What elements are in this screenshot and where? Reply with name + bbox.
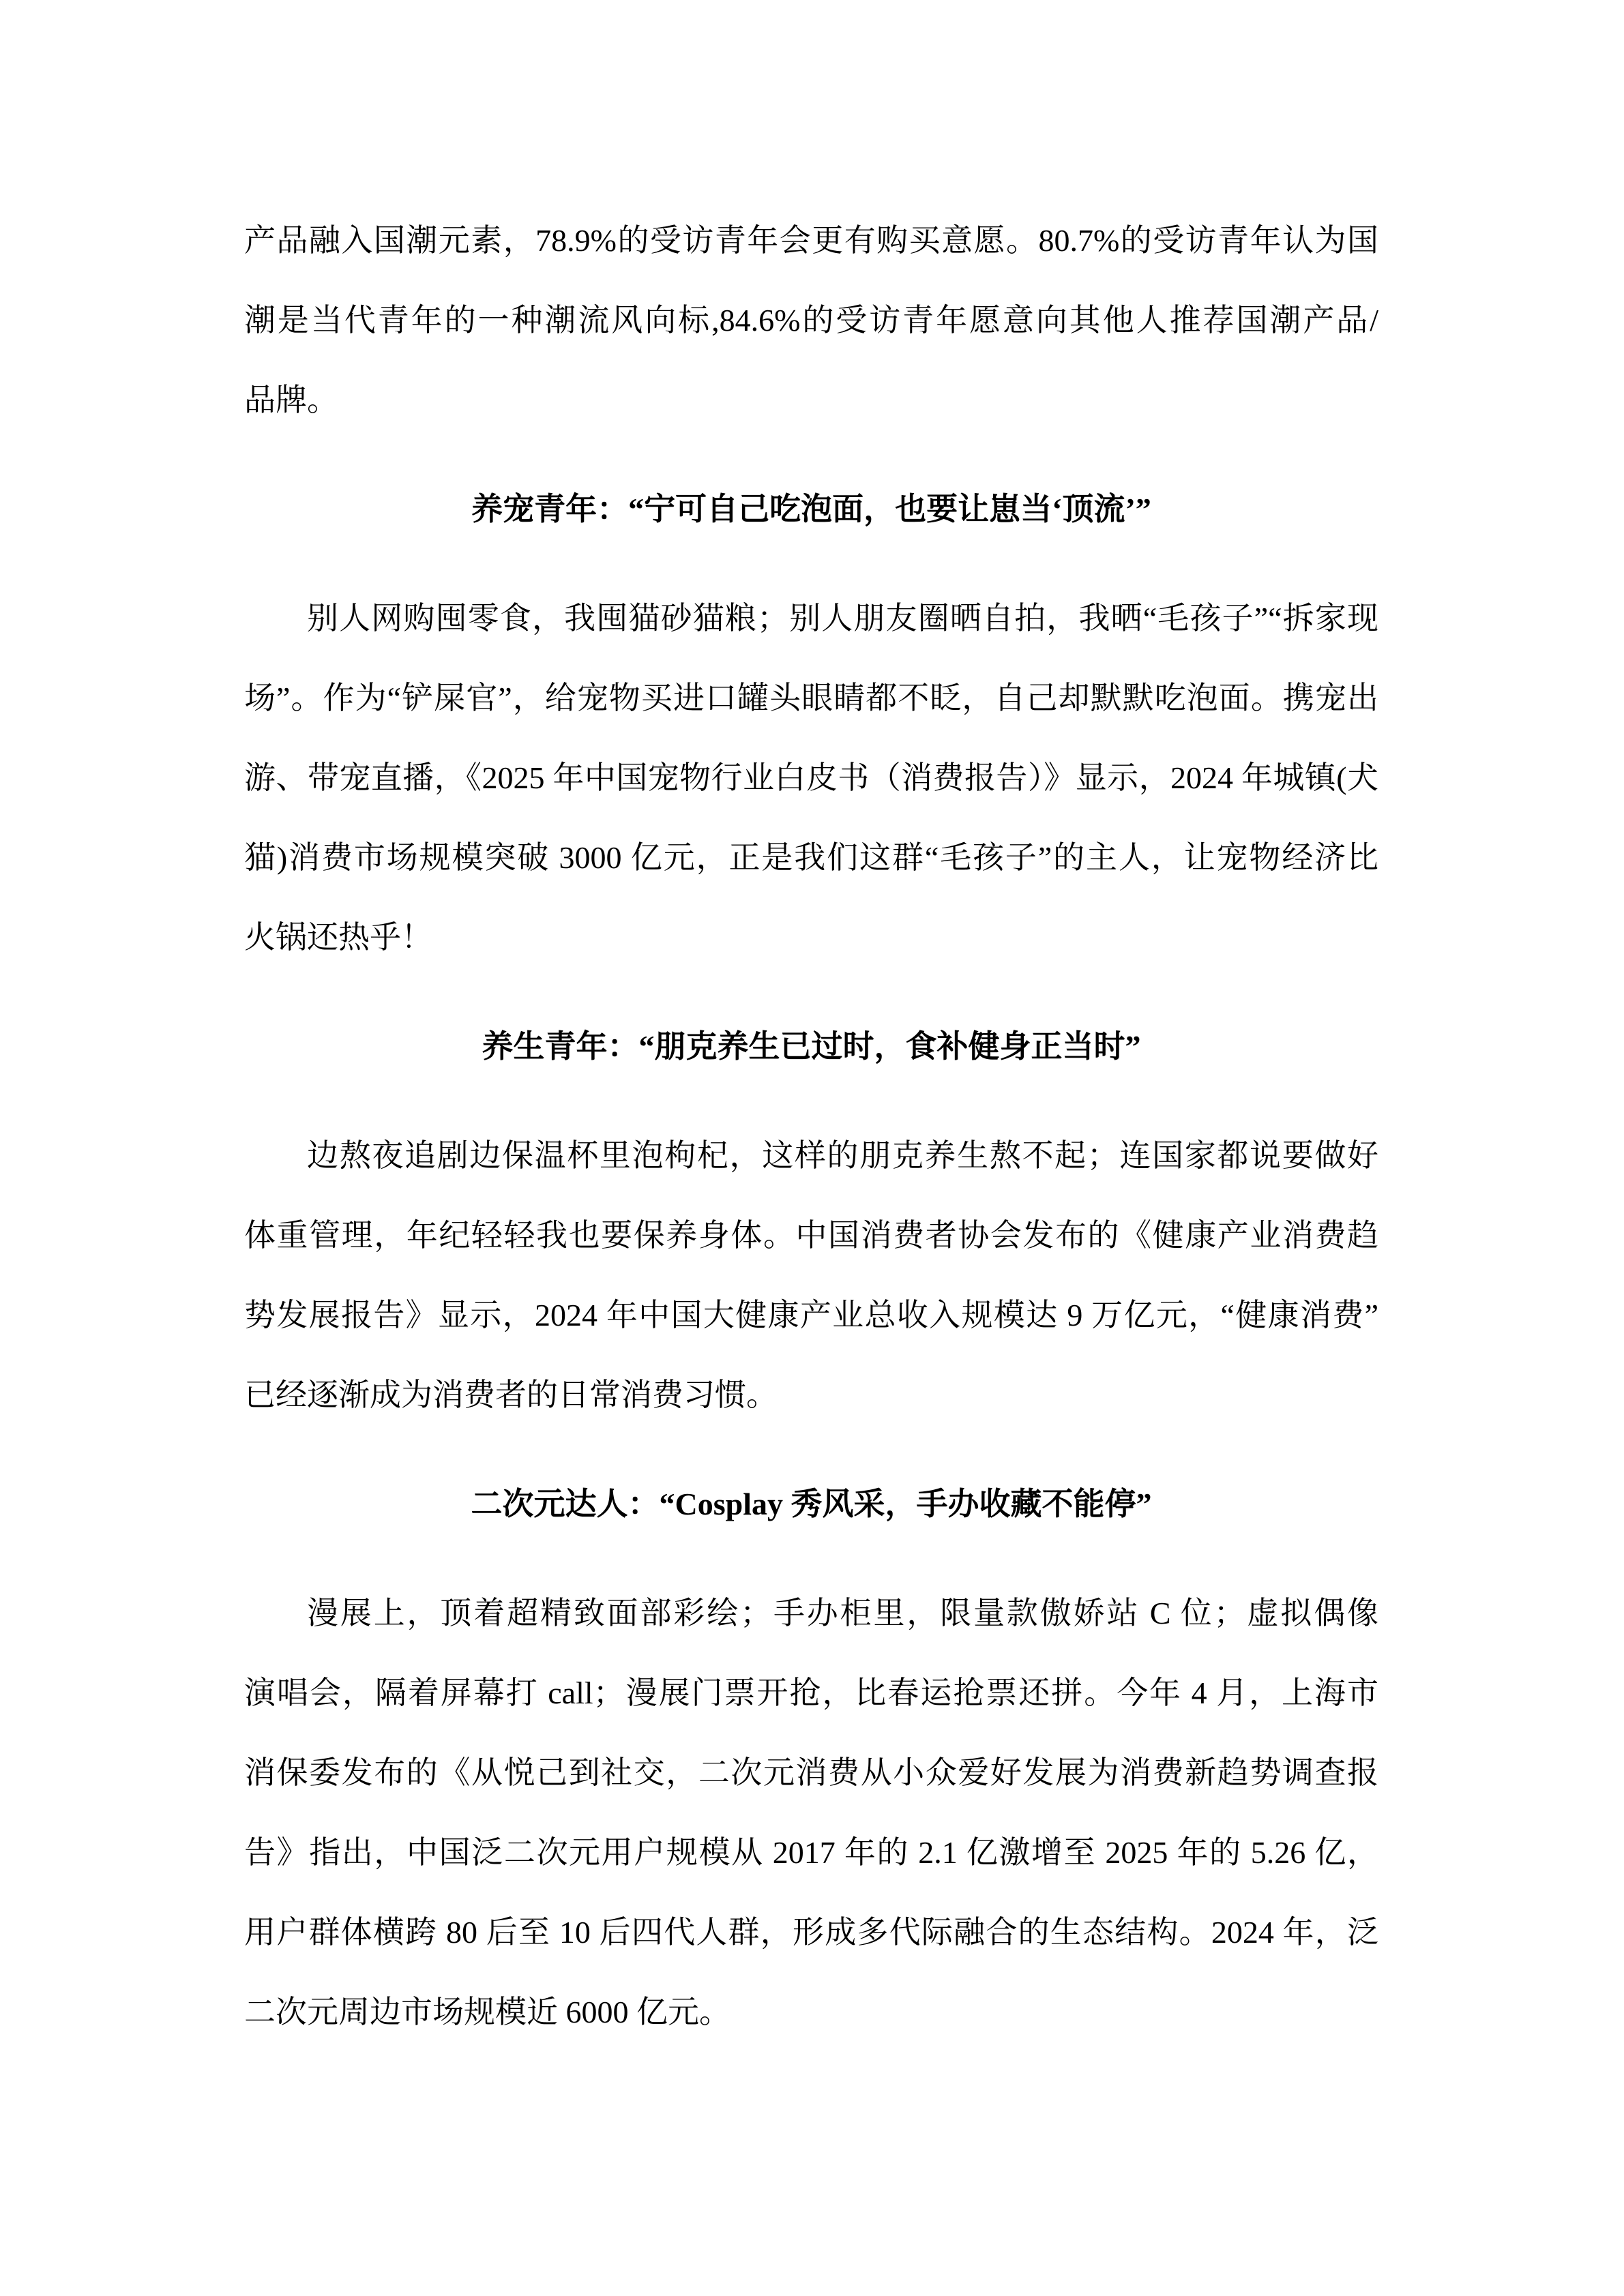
paragraph-health-youth: 边熬夜追剧边保温杯里泡枸杞，这样的朋克养生熬不起；连国家都说要做好 体重管理，年… — [244, 1116, 1378, 1435]
text-line: 二次元周边市场规模近 6000 亿元。 — [244, 1972, 1378, 2052]
text-line: 猫)消费市场规模突破 3000 亿元，正是我们这群“毛孩子”的主人，让宠物经济比 — [244, 818, 1378, 897]
text-line: 品牌。 — [244, 360, 1378, 440]
document-page: 产品融入国潮元素，78.9%的受访青年会更有购买意愿。80.7%的受访青年认为国… — [0, 0, 1624, 2296]
paragraph-acgn-fans: 漫展上，顶着超精致面部彩绘；手办柜里，限量款傲娇站 C 位；虚拟偶像 演唱会，隔… — [244, 1573, 1378, 2052]
page-content: 产品融入国潮元素，78.9%的受访青年会更有购买意愿。80.7%的受访青年认为国… — [244, 200, 1378, 2052]
text-line: 别人网购囤零食，我囤猫砂猫粮；别人朋友圈晒自拍，我晒“毛孩子”“拆家现 — [244, 578, 1378, 658]
text-line: 火锅还热乎！ — [244, 897, 1378, 977]
section-heading-acgn-fans: 二次元达人：“Cosplay 秀风采，手办收藏不能停” — [244, 1464, 1378, 1544]
text-line: 漫展上，顶着超精致面部彩绘；手办柜里，限量款傲娇站 C 位；虚拟偶像 — [244, 1573, 1378, 1653]
section-heading-health-youth: 养生青年：“朋克养生已过时，食补健身正当时” — [244, 1007, 1378, 1086]
text-line: 边熬夜追剧边保温杯里泡枸杞，这样的朋克养生熬不起；连国家都说要做好 — [244, 1116, 1378, 1195]
text-line: 势发展报告》显示，2024 年中国大健康产业总收入规模达 9 万亿元，“健康消费… — [244, 1275, 1378, 1355]
text-line: 告》指出，中国泛二次元用户规模从 2017 年的 2.1 亿激增至 2025 年… — [244, 1813, 1378, 1892]
text-line: 已经逐渐成为消费者的日常消费习惯。 — [244, 1355, 1378, 1435]
text-line: 场”。作为“铲屎官”，给宠物买进口罐头眼睛都不眨，自己却默默吃泡面。携宠出 — [244, 658, 1378, 738]
paragraph-pet-youth: 别人网购囤零食，我囤猫砂猫粮；别人朋友圈晒自拍，我晒“毛孩子”“拆家现 场”。作… — [244, 578, 1378, 977]
text-line: 游、带宠直播，《2025 年中国宠物行业白皮书（消费报告）》显示，2024 年城… — [244, 738, 1378, 818]
paragraph-guochao: 产品融入国潮元素，78.9%的受访青年会更有购买意愿。80.7%的受访青年认为国… — [244, 200, 1378, 440]
text-line: 消保委发布的《从悦己到社交，二次元消费从小众爱好发展为消费新趋势调查报 — [244, 1733, 1378, 1813]
section-heading-pet-youth: 养宠青年：“宁可自己吃泡面，也要让崽当‘顶流’” — [244, 469, 1378, 549]
text-line: 产品融入国潮元素，78.9%的受访青年会更有购买意愿。80.7%的受访青年认为国 — [244, 200, 1378, 280]
text-line: 体重管理，年纪轻轻我也要保养身体。中国消费者协会发布的《健康产业消费趋 — [244, 1195, 1378, 1275]
text-line: 演唱会，隔着屏幕打 call；漫展门票开抢，比春运抢票还拼。今年 4 月，上海市 — [244, 1653, 1378, 1733]
text-line: 用户群体横跨 80 后至 10 后四代人群，形成多代际融合的生态结构。2024 … — [244, 1892, 1378, 1972]
text-line: 潮是当代青年的一种潮流风向标,84.6%的受访青年愿意向其他人推荐国潮产品/ — [244, 280, 1378, 360]
